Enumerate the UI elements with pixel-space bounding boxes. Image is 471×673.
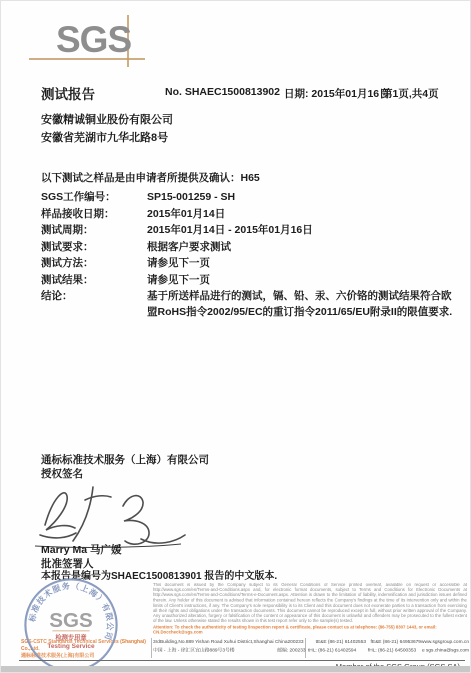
footer-rule xyxy=(19,660,465,661)
handwritten-signature xyxy=(29,479,194,551)
field-value: 请参见下一页 xyxy=(147,273,453,289)
field-row: 测试周期： 2015年01月14日 - 2015年01月16日 xyxy=(41,223,453,239)
field-label: SGS工作编号： xyxy=(41,190,147,206)
fields-table: SGS工作编号： SP15-001259 - SH 样品接收日期： 2015年0… xyxy=(41,190,453,321)
legal-text: This document is issued by the Company s… xyxy=(153,583,467,624)
attention-text: Attention: To check the authenticity of … xyxy=(153,625,467,635)
field-row: 测试要求： 根据客户要求测试 xyxy=(41,240,453,256)
field-value: 2015年01月14日 xyxy=(147,207,453,223)
footer-zip-en: 200233 xyxy=(287,638,315,647)
footer-address-en: 3rdBuilding,No.889 Yishan Road Xuhui Dis… xyxy=(153,638,287,647)
field-label: 结论： xyxy=(41,289,147,305)
report-title: 测试报告 xyxy=(41,83,95,103)
field-row: 样品接收日期： 2015年01月14日 xyxy=(41,207,453,223)
field-row: 测试方法： 请参见下一页 xyxy=(41,256,453,272)
client-name: 安徽精诚铜业股份有限公司 xyxy=(41,111,173,129)
report-date: 日期: 2015年01月16日 xyxy=(284,86,390,101)
field-row: 结论： 基于所送样品进行的测试，镉、铅、汞、六价铬的测试结果符合欧盟RoHS指令… xyxy=(41,289,453,320)
field-value: 根据客户要求测试 xyxy=(147,240,453,256)
stamp-sgs-text: SGS xyxy=(49,609,92,632)
field-label: 测试结果： xyxy=(41,273,147,289)
footer-address-line-cn: 中国 - 上海 - 徐汇区宜山路889号3号楼 邮编: 200233 tHL: … xyxy=(153,647,469,656)
report-page-count: 第1页,共4页 xyxy=(382,86,439,101)
signer-name: Marry Ma 马广媛 xyxy=(41,544,122,558)
footer-tel-cn: tHL: (86-21) 61402594 xyxy=(308,647,368,656)
field-value: 2015年01月14日 - 2015年01月16日 xyxy=(147,223,453,239)
footer-address-cn: 中国 - 上海 - 徐汇区宜山路889号3号楼 xyxy=(153,647,277,656)
field-value: 基于所送样品进行的测试，镉、铅、汞、六价铬的测试结果符合欧盟RoHS指令2002… xyxy=(147,289,453,320)
field-label: 测试要求： xyxy=(41,240,147,256)
sgs-logo-text: SGS xyxy=(56,19,131,61)
sgs-logo: SGS xyxy=(29,13,159,69)
footer-zip-cn: 邮编: 200233 xyxy=(277,647,308,656)
report-page: SGS 测试报告 No. SHAEC1500813902 日期: 2015年01… xyxy=(0,0,471,673)
footer-fax-en: fE&E (86-21) 64953679 xyxy=(371,638,421,647)
footer-address-line-en: 3rdBuilding,No.889 Yishan Road Xuhui Dis… xyxy=(153,638,469,647)
legal-block: This document is issued by the Company s… xyxy=(153,583,467,639)
client-address: 安徽省芜湖市九华北路8号 xyxy=(41,129,173,147)
testing-service-stamp: 通标标准技术服务（上海）有限公司 SGS 检测专用章 Testing Servi… xyxy=(21,576,121,673)
scan-edge-band xyxy=(1,666,470,672)
stamp-line2: Testing Service xyxy=(47,643,95,650)
report-number: No. SHAEC1500813902 xyxy=(165,86,280,98)
footer-email: e sgs.china@sgs.com xyxy=(422,647,469,656)
footer-web: www.sgsgroup.com.cn xyxy=(421,638,469,647)
field-value: 请参见下一页 xyxy=(147,256,453,272)
field-label: 测试周期： xyxy=(41,223,147,239)
field-label: 样品接收日期： xyxy=(41,207,147,223)
sample-note: 以下测试之样品是由申请者所提供及确认：H65 xyxy=(41,170,260,185)
footer-tel-en: tE&E (86-21) 61402553 xyxy=(316,638,371,647)
lab-block: 通标标准技术服务（上海）有限公司 授权签名 xyxy=(41,453,209,481)
field-row: 测试结果： 请参见下一页 xyxy=(41,273,453,289)
field-row: SGS工作编号： SP15-001259 - SH xyxy=(41,190,453,206)
client-block: 安徽精诚铜业股份有限公司 安徽省芜湖市九华北路8号 xyxy=(41,111,173,147)
lab-name: 通标标准技术服务（上海）有限公司 xyxy=(41,453,209,467)
footer-address-block: 3rdBuilding,No.889 Yishan Road Xuhui Dis… xyxy=(153,638,469,658)
stamp-line1: 检测专用章 xyxy=(55,633,87,642)
footer-fax-cn: fHL: (86-21) 64500353 xyxy=(368,647,422,656)
field-value: SP15-001259 - SH xyxy=(147,190,453,206)
footer-divider-1 xyxy=(151,638,152,658)
field-label: 测试方法： xyxy=(41,256,147,272)
